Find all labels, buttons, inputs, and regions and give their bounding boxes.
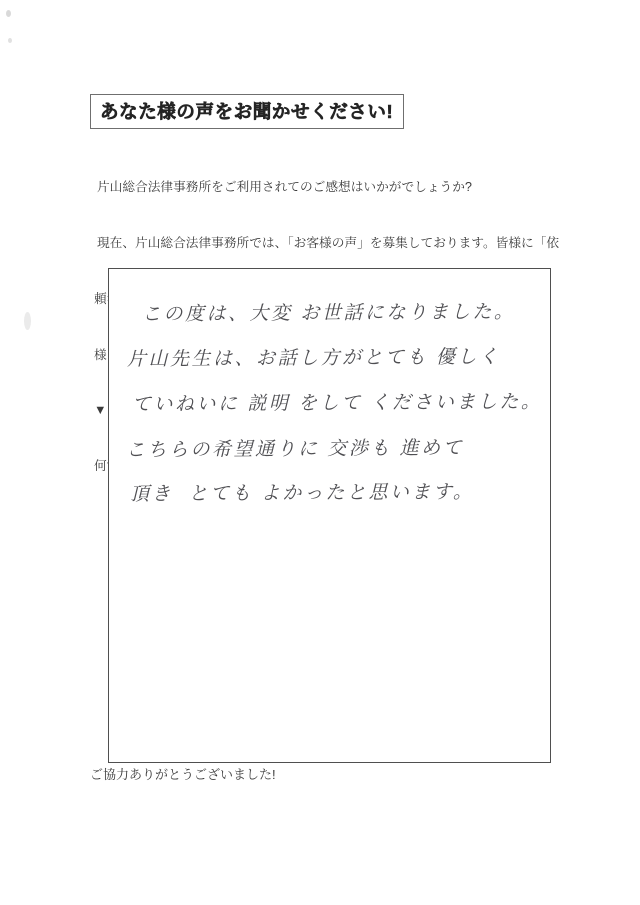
intro-line: 片山総合法律事務所をご利用されてのご感想はいかがでしょうか?: [94, 178, 559, 197]
handwritten-comment-box: この度は、大変 お世話になりました。 片山先生は、お話し方がとても 優しく てい…: [108, 268, 551, 763]
handwritten-line: ていねいに 説明 をして くださいました。: [132, 387, 543, 417]
handwritten-line: この度は、大変 お世話になりました。: [142, 297, 515, 327]
scanned-feedback-form: あなた様の声をお聞かせください! 片山総合法律事務所をご利用されてのご感想はいか…: [0, 0, 640, 905]
scan-artifact-dot: [8, 38, 12, 43]
form-title: あなた様の声をお聞かせください!: [100, 101, 393, 122]
scan-artifact-dot: [6, 10, 11, 17]
handwritten-line: 頂き とても よかったと思います。: [130, 477, 475, 506]
handwritten-line: 片山先生は、お話し方がとても 優しく: [127, 342, 500, 372]
intro-line: 現在、片山総合法律事務所では、「お客様の声」を募集しております。皆様に「依: [94, 234, 559, 253]
handwritten-line: こちらの希望通りに 交渉も 進めて: [126, 433, 464, 462]
form-title-box: あなた様の声をお聞かせください!: [90, 94, 404, 129]
closing-thanks: ご協力ありがとうございました!: [90, 764, 276, 783]
scan-artifact-smudge: [24, 312, 31, 330]
